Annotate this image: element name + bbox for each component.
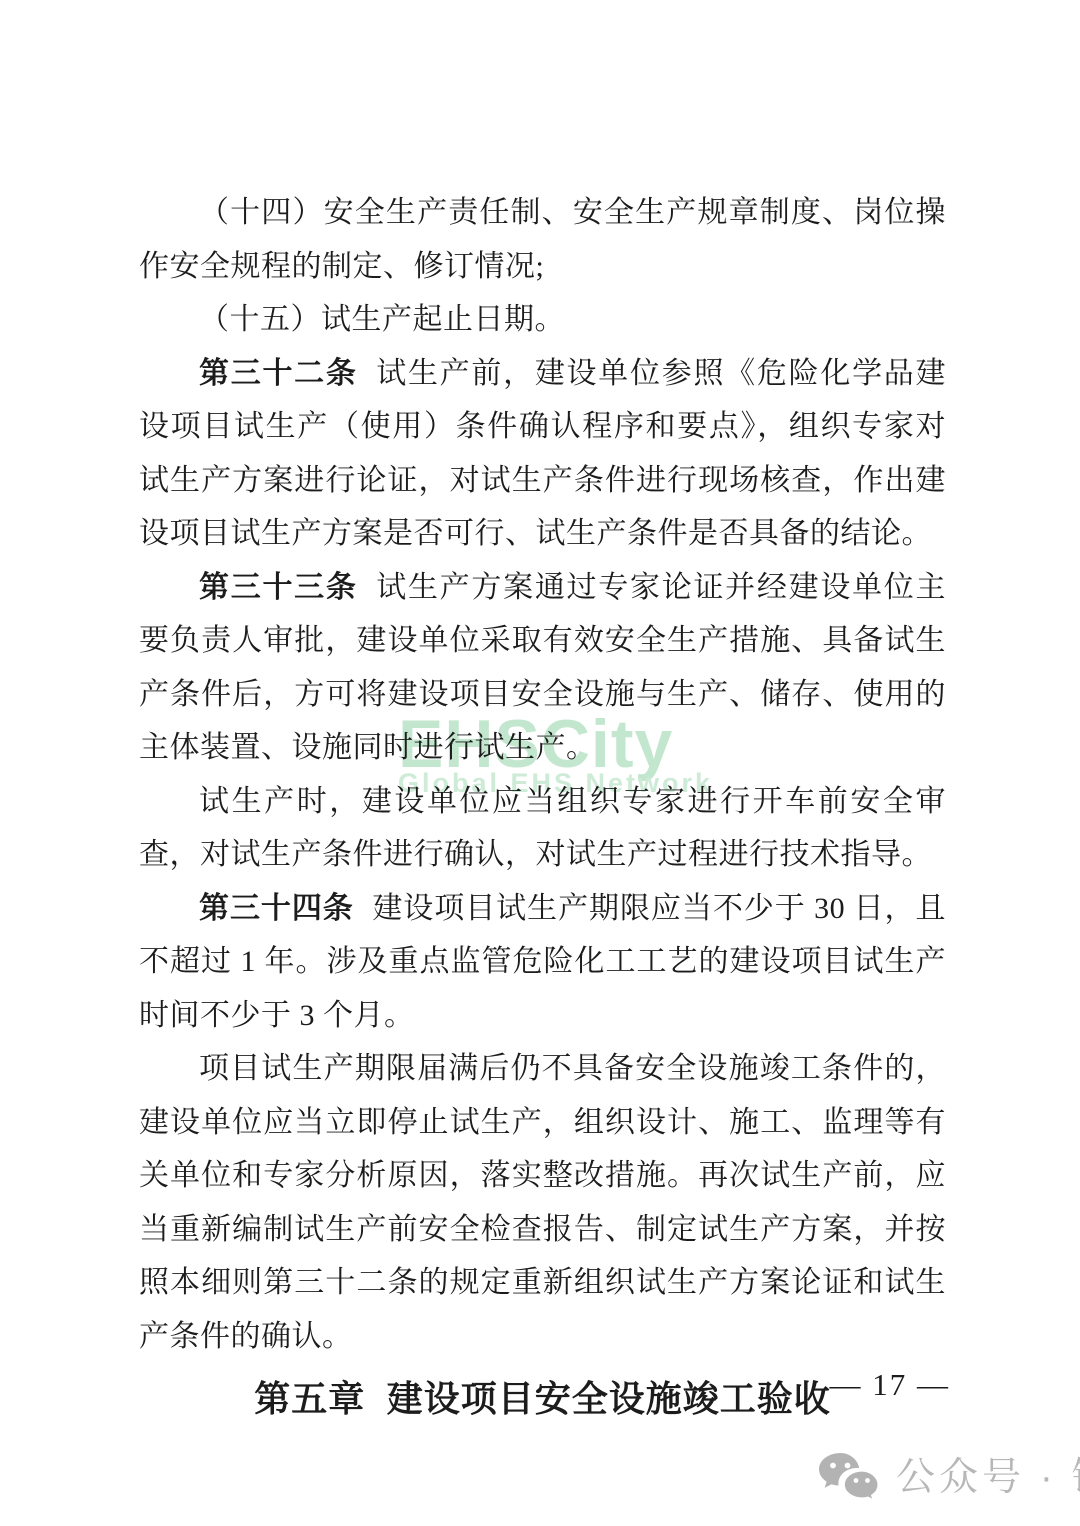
document-body: （十四）安全生产责任制、安全生产规章制度、岗位操作安全规程的制定、修订情况;（十…: [139, 186, 946, 1427]
page-number: — 17 —: [830, 1368, 951, 1402]
wechat-account-label: 公众号 · 铸安: [896, 1454, 1080, 1502]
paragraph-text: （十四）安全生产责任制、安全生产规章制度、岗位操作安全规程的制定、修订情况;: [139, 196, 946, 283]
chapter-heading: 第五章建设项目安全设施竣工验收: [139, 1371, 946, 1427]
paragraph: （十四）安全生产责任制、安全生产规章制度、岗位操作安全规程的制定、修订情况;: [139, 186, 946, 293]
paragraph-text: （十五）试生产起止日期。: [199, 303, 565, 336]
paragraph: 第三十二条试生产前，建设单位参照《危险化学品建设项目试生产（使用）条件确认程序和…: [139, 347, 946, 561]
document-page: EHSCity Global EHS Network （十四）安全生产责任制、安…: [0, 0, 1080, 1526]
paragraph: 项目试生产期限届满后仍不具备安全设施竣工条件的，建设单位应当立即停止试生产，组织…: [139, 1042, 946, 1363]
paragraph-text: 试生产时，建设单位应当组织专家进行开车前安全审查，对试生产条件进行确认，对试生产…: [139, 785, 946, 872]
article-number: 第三十四条: [199, 892, 354, 925]
paragraph: 试生产时，建设单位应当组织专家进行开车前安全审查，对试生产条件进行确认，对试生产…: [139, 775, 946, 882]
paragraph: 第三十三条试生产方案通过专家论证并经建设单位主要负责人审批，建设单位采取有效安全…: [139, 561, 946, 775]
paragraph: （十五）试生产起止日期。: [139, 293, 946, 347]
article-number: 第三十二条: [199, 357, 358, 390]
chapter-title: 建设项目安全设施竣工验收: [387, 1378, 831, 1419]
paragraph: 第三十四条建设项目试生产期限应当不少于 30 日，且不超过 1 年。涉及重点监管…: [139, 882, 946, 1043]
wechat-watermark: 公众号 · 铸安: [818, 1452, 1080, 1504]
chapter-number: 第五章: [254, 1378, 365, 1419]
wechat-icon: [818, 1452, 882, 1504]
paragraph-text: 项目试生产期限届满后仍不具备安全设施竣工条件的，建设单位应当立即停止试生产，组织…: [139, 1052, 946, 1353]
article-number: 第三十三条: [199, 571, 358, 604]
